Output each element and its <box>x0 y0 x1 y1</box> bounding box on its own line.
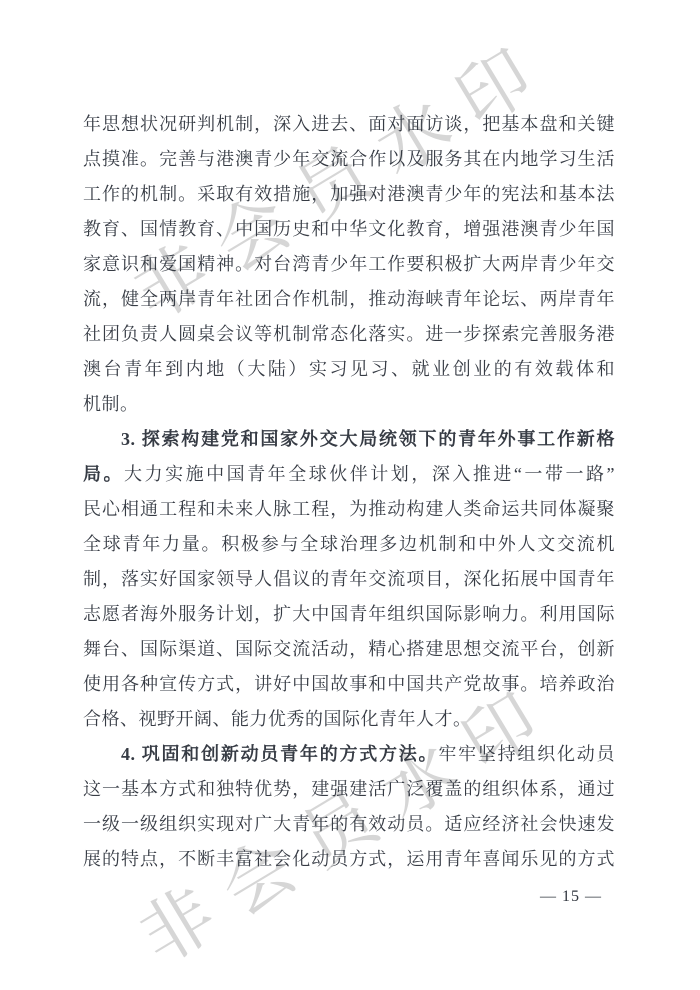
text-segment: 大力实施中国青年全球伙伴计划，深入推进“一带一路” <box>124 464 615 484</box>
bold-text-segment: 3. 探索构建党和国家外交大局统领下的青年外事工作新格 <box>121 429 615 449</box>
text-line: 点摸准。完善与港澳青少年交流合作以及服务其在内地学习生活 <box>83 142 615 177</box>
text-line: 工作的机制。采取有效措施，加强对港澳青少年的宪法和基本法 <box>83 177 615 212</box>
text-segment: 使用各种宣传方式，讲好中国故事和中国共产党故事。培养政治 <box>83 674 615 694</box>
text-line: 流，健全两岸青年社团合作机制，推动海峡青年论坛、两岸青年 <box>83 282 615 317</box>
text-line: 4. 巩固和创新动员青年的方式方法。牢牢坚持组织化动员 <box>83 737 615 772</box>
text-segment: 工作的机制。采取有效措施，加强对港澳青少年的宪法和基本法 <box>83 184 615 204</box>
text-line: 志愿者海外服务计划，扩大中国青年组织国际影响力。利用国际 <box>83 597 615 632</box>
page-number: — 15 — <box>528 888 614 906</box>
text-segment: 合格、视野开阔、能力优秀的国际化青年人才。 <box>83 709 472 729</box>
text-segment: 年思想状况研判机制，深入进去、面对面访谈，把基本盘和关键 <box>83 114 615 134</box>
text-segment: 牢牢坚持组织化动员 <box>438 744 615 764</box>
text-line: 社团负责人圆桌会议等机制常态化落实。进一步探索完善服务港 <box>83 317 615 352</box>
text-segment: 舞台、国际渠道、国际交流活动，精心搭建思想交流平台，创新 <box>83 639 615 659</box>
bold-text-segment: 4. 巩固和创新动员青年的方式方法。 <box>121 744 438 764</box>
text-segment: 志愿者海外服务计划，扩大中国青年组织国际影响力。利用国际 <box>83 604 615 624</box>
text-segment: 家意识和爱国精神。对台湾青少年工作要积极扩大两岸青少年交 <box>83 254 615 274</box>
text-line: 合格、视野开阔、能力优秀的国际化青年人才。 <box>83 702 615 737</box>
text-line: 教育、国情教育、中国历史和中华文化教育，增强港澳青少年国 <box>83 212 615 247</box>
text-segment: 这一基本方式和独特优势，建强建活广泛覆盖的组织体系，通过 <box>83 779 615 799</box>
text-segment: 教育、国情教育、中国历史和中华文化教育，增强港澳青少年国 <box>83 219 615 239</box>
text-line: 这一基本方式和独特优势，建强建活广泛覆盖的组织体系，通过 <box>83 772 615 807</box>
text-line: 全球青年力量。积极参与全球治理多边机制和中外人文交流机 <box>83 527 615 562</box>
text-line: 机制。 <box>83 387 615 422</box>
text-line: 民心相通工程和未来人脉工程，为推动构建人类命运共同体凝聚 <box>83 492 615 527</box>
text-line: 家意识和爱国精神。对台湾青少年工作要积极扩大两岸青少年交 <box>83 247 615 282</box>
body-text-block: 年思想状况研判机制，深入进去、面对面访谈，把基本盘和关键点摸准。完善与港澳青少年… <box>83 107 615 877</box>
text-line: 年思想状况研判机制，深入进去、面对面访谈，把基本盘和关键 <box>83 107 615 142</box>
text-segment: 展的特点，不断丰富社会化动员方式，运用青年喜闻乐见的方式 <box>83 849 615 869</box>
text-line: 一级一级组织实现对广大青年的有效动员。适应经济社会快速发 <box>83 807 615 842</box>
text-segment: 澳台青年到内地（大陆）实习见习、就业创业的有效载体和 <box>83 359 615 379</box>
bold-text-segment: 局。 <box>83 464 124 484</box>
text-line: 澳台青年到内地（大陆）实习见习、就业创业的有效载体和 <box>83 352 615 387</box>
text-segment: 点摸准。完善与港澳青少年交流合作以及服务其在内地学习生活 <box>83 149 615 169</box>
text-segment: 社团负责人圆桌会议等机制常态化落实。进一步探索完善服务港 <box>83 324 615 344</box>
text-line: 使用各种宣传方式，讲好中国故事和中国共产党故事。培养政治 <box>83 667 615 702</box>
text-segment: 民心相通工程和未来人脉工程，为推动构建人类命运共同体凝聚 <box>83 499 615 519</box>
text-line: 展的特点，不断丰富社会化动员方式，运用青年喜闻乐见的方式 <box>83 842 615 877</box>
text-line: 3. 探索构建党和国家外交大局统领下的青年外事工作新格 <box>83 422 615 457</box>
text-line: 舞台、国际渠道、国际交流活动，精心搭建思想交流平台，创新 <box>83 632 615 667</box>
document-page: 非会员水印 非会员水印 年思想状况研判机制，深入进去、面对面访谈，把基本盘和关键… <box>0 0 700 990</box>
text-segment: 制，落实好国家领导人倡议的青年交流项目，深化拓展中国青年 <box>83 569 615 589</box>
text-line: 制，落实好国家领导人倡议的青年交流项目，深化拓展中国青年 <box>83 562 615 597</box>
text-segment: 全球青年力量。积极参与全球治理多边机制和中外人文交流机 <box>83 534 615 554</box>
text-line: 局。大力实施中国青年全球伙伴计划，深入推进“一带一路” <box>83 457 615 492</box>
text-segment: 流，健全两岸青年社团合作机制，推动海峡青年论坛、两岸青年 <box>83 289 615 309</box>
text-segment: 一级一级组织实现对广大青年的有效动员。适应经济社会快速发 <box>83 814 615 834</box>
text-segment: 机制。 <box>83 394 139 414</box>
